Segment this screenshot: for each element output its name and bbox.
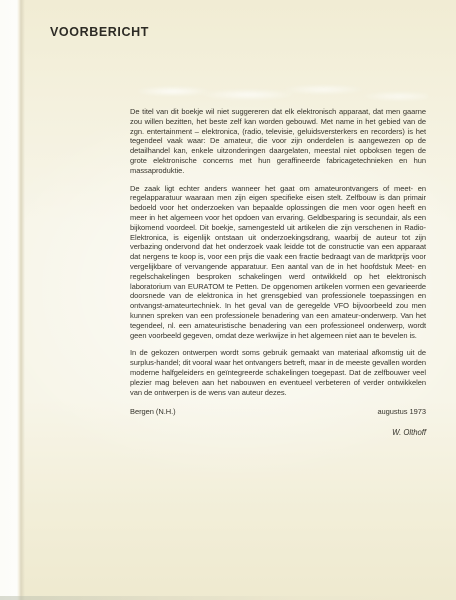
foreword-paragraph-1: De titel van dit boekje wil niet suggere… <box>130 107 426 176</box>
foreword-paragraph-3: In de gekozen ontwerpen wordt soms gebru… <box>130 348 426 397</box>
scan-bottom-edge <box>0 596 456 600</box>
scan-left-edge <box>0 0 25 600</box>
signoff-row: Bergen (N.H.) augustus 1973 <box>130 407 426 417</box>
author-signature: W. Olthoff <box>130 428 426 438</box>
foreword-paragraph-2: De zaak ligt echter anders wanneer het g… <box>130 184 426 341</box>
ink-bleed-artifact <box>138 76 428 110</box>
page-title: VOORBERICHT <box>50 25 149 39</box>
date-label: augustus 1973 <box>377 407 426 417</box>
foreword-text: De titel van dit boekje wil niet suggere… <box>130 107 426 438</box>
place-label: Bergen (N.H.) <box>130 407 176 417</box>
